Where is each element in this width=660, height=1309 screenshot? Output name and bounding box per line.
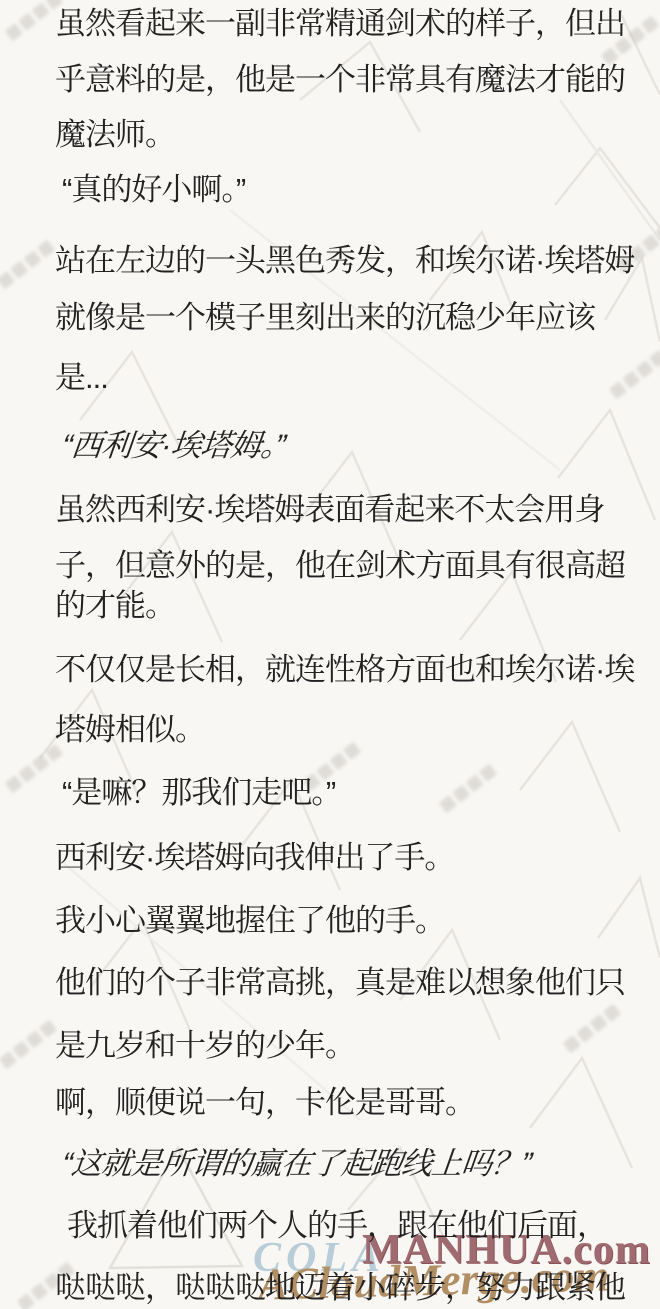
text-line: 塔姆相似。 [55,712,205,748]
text-line: 我抓着他们两个人的手，跟在他们后面， [67,1208,607,1244]
text-line: 我小心翼翼地握住了他的手。 [55,903,445,939]
thought-line: “这就是所谓的赢在了起跑线上吗？” [60,1146,532,1182]
text-line: 啊，顺便说一句，卡伦是哥哥。 [55,1085,475,1121]
thought-line: “西利安·埃塔姆。” [60,428,286,464]
text-line: 的才能。 [55,588,175,624]
text-line: 子，但意外的是，他在剑术方面具有很高超 [55,548,625,584]
text-line: 他们的个子非常高挑，真是难以想象他们只 [55,965,625,1001]
text-line: 就像是一个模子里刻出来的沉稳少年应该 [55,300,595,336]
text-line: 是九岁和十岁的少年。 [55,1028,355,1064]
text-line: 哒哒哒，哒哒哒地迈着小碎步，努力跟紧他 [55,1270,625,1306]
text-line: 乎意料的是，他是一个非常具有魔法才能的 [55,62,625,98]
text-line: 虽然看起来一副非常精通剑术的样子，但出 [55,6,625,42]
dialogue-line: “是嘛？那我们走吧。” [62,775,335,811]
text-line: 是... [55,360,108,396]
text-line: 站在左边的一头黑色秀发，和埃尔诺·埃塔姆 [55,243,634,279]
text-line: 虽然西利安·埃塔姆表面看起来不太会用身 [55,492,604,528]
text-line: 西利安·埃塔姆向我伸出了手。 [55,840,454,876]
text-line: 不仅仅是长相，就连性格方面也和埃尔诺·埃 [55,652,634,688]
text-line: 魔法师。 [55,117,175,153]
manhua-text-page: COLA MANHUA.com ACloudMerge.com 虽然看起来一副非… [0,0,660,1309]
dialogue-line: “真的好小啊。” [62,172,245,208]
